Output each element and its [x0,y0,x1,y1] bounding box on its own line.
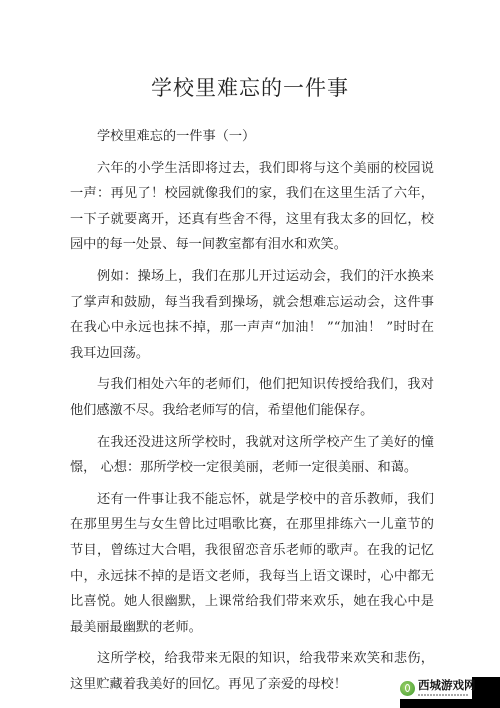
section-subtitle: 学校里难忘的一件事（一） [70,124,434,150]
document-title: 学校里难忘的一件事 [0,72,500,102]
document-page: 学校里难忘的一件事 学校里难忘的一件事（一） 六年的小学生活即将过去，我们即将与… [0,0,500,708]
watermark-name: 西城游戏网 [418,680,476,692]
paragraph-1: 六年的小学生活即将过去，我们即将与这个美丽的校园说一声：再见了！校园就像我们的家… [70,156,434,258]
watermark-url-line [418,694,468,696]
paragraph-4: 在我还没进这所学校时，我就对这所学校产生了美好的憧憬， 心想：那所学校一定很美丽… [70,430,434,481]
site-watermark: 西城游戏网 [400,677,472,699]
document-body: 学校里难忘的一件事（一） 六年的小学生活即将过去，我们即将与这个美丽的校园说一声… [70,124,434,703]
paragraph-5: 还有一件事让我不能忘怀，就是学校中的音乐教师，我们在那里男生与女生曾比过唱歌比赛… [70,487,434,641]
paragraph-2: 例如：操场上，我们在那儿开过运动会，我们的汗水换来了掌声和鼓励，每当我看到操场，… [70,264,434,366]
watermark-text-group: 西城游戏网 [418,680,476,696]
black-bottom-strip [400,699,500,708]
paragraph-6: 这所学校，给我带来无限的知识，给我带来欢笑和悲伤，这里贮藏着我美好的回忆。再见了… [70,646,434,697]
paragraph-3: 与我们相处六年的老师们，他们把知识传授给我们，我对他们感激不尽。我给老师写的信，… [70,372,434,423]
leaf-logo-icon [400,681,415,696]
